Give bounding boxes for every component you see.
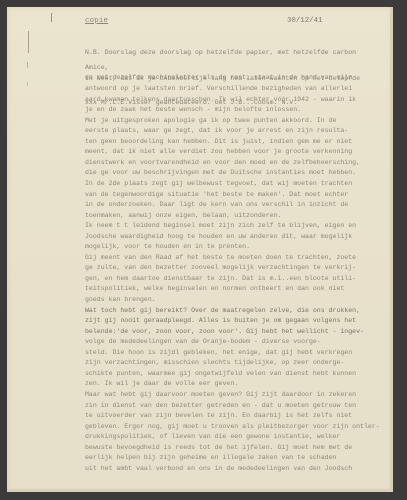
body-line: dienstwerk en voortvarendheid en voor de… xyxy=(85,158,397,169)
body-line: antwoord op je laatsten brief. Verschill… xyxy=(85,84,397,95)
paper-edge xyxy=(7,489,393,492)
copy-label: copie xyxy=(85,17,108,25)
body-line: belende:'de voor, zoon voor, zoon voor'.… xyxy=(85,327,397,338)
body-line: die ge voor uw beschrijvingen met de Dui… xyxy=(85,168,397,179)
body-line: eerste plaats, waar ge zegt, dat ik voor… xyxy=(85,126,397,137)
body-line: bewuste bevoegdheid is reeds tot de het … xyxy=(85,443,397,454)
body-line: steld. Die hoon is zijdl gebleken, het e… xyxy=(85,348,397,359)
letter-header: copie 30/12/41 xyxy=(85,17,385,29)
body-line: Joodsche waardigheid hoog te houden en u… xyxy=(85,232,397,243)
body-line: goeds kan brengen. xyxy=(85,295,397,306)
margin-mark xyxy=(28,31,29,53)
body-line: volge de mededeelingen van de Oranje-bod… xyxy=(85,337,397,348)
body-line: in de onderzoeken. Daar ligt de kern van… xyxy=(85,200,397,211)
letter-date: 30/12/41 xyxy=(287,17,322,25)
body-line: meent, dat ik niet alle verdiet zou hebb… xyxy=(85,147,397,158)
body-line: ge zulte, van den bezetter zooveel mogel… xyxy=(85,263,397,274)
margin-mark xyxy=(27,62,28,68)
document-page: copie 30/12/41 N.B. Doorslag deze doorsl… xyxy=(7,7,393,492)
body-line: toenmaken, aanwij onze eigen, belaan, ui… xyxy=(85,211,397,222)
body-line: zijn verzachtingen, misschien slechts ti… xyxy=(85,358,397,369)
body-line: je en de zaak het beste wensch - mijn be… xyxy=(85,105,397,116)
body-line: aard kwamen telkens daartusschen. Ik wil… xyxy=(85,95,397,106)
body-line: In de 2de plaats zegt gij welbewust tegv… xyxy=(85,179,397,190)
salutation: Amice, xyxy=(85,63,397,74)
body-line: zen. Ik wil je daar de volle eer geven. xyxy=(85,379,397,390)
body-line: van de tegenwoordige situatie 'het beste… xyxy=(85,190,397,201)
margin-mark xyxy=(27,82,28,86)
body-line: zijt gij nooit geraadpleegd. Alles is bu… xyxy=(85,316,397,327)
body-line: Met je uitgesproken apologie ga ik op tw… xyxy=(85,116,397,127)
body-line: uit het ambt vaal verbond en ons in de m… xyxy=(85,464,397,475)
body-line: ten geen beoordeling kan hebben. Dit is … xyxy=(85,137,397,148)
body-line: teitspolitiek, welke beginselen en norme… xyxy=(85,284,397,295)
body-line: Ik weet, dat ik je onbehoorlijk lang heb… xyxy=(85,74,397,85)
body-line: Gij meent van den Raad af het beste te m… xyxy=(85,253,397,264)
body-line: Maar wat hebt gij daarvoor moeten geven?… xyxy=(85,390,397,401)
body-line: Wat toch hebt gij bereikt? Over de maatr… xyxy=(85,306,397,317)
body-line: zin in dienst van den bezetter getreden … xyxy=(85,401,397,412)
body-line: drukkingspolitiek, of lieven van die een… xyxy=(85,432,397,443)
body-line: te uitvoerder van zijn bevelen te zijn. … xyxy=(85,411,397,422)
letter-body: Amice, Ik weet, dat ik je onbehoorlijk l… xyxy=(85,63,397,474)
body-line: gen, en hem daartoe dienstbaar te zijn. … xyxy=(85,274,397,285)
margin-mark xyxy=(51,13,52,22)
body-line: schikte punten, waarmee gij ongetwijfeld… xyxy=(85,369,397,380)
note-line: N.B. Doorslag deze doorslag op hetzelfde… xyxy=(85,49,395,57)
scan-background: copie 30/12/41 N.B. Doorslag deze doorsl… xyxy=(0,0,407,500)
body-line: Ik neem t t leidend beginsel moet zijn z… xyxy=(85,221,397,232)
body-line: eerlijk helpen bij zijn geheime en illeg… xyxy=(85,453,397,464)
body-line: gebleven. Erger nog, gij moet u trooven … xyxy=(85,422,397,433)
body-line: mogelijk, voor te houden en in te prente… xyxy=(85,242,397,253)
